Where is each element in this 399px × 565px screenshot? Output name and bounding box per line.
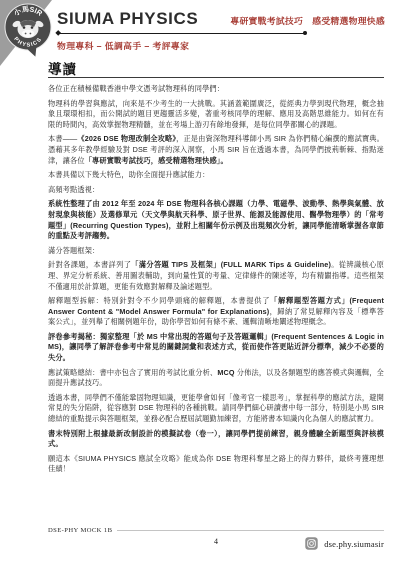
paragraph: 應試策略總結：書中亦包含了實用的考試比重分析、MCQ 分佈法，以及各類題型的應答… — [48, 368, 384, 389]
instagram-icon — [305, 537, 318, 550]
paragraph: 願這本《SIUMA PHYSICS 應試全攻略》能成為你 DSE 物理科奪星之路… — [48, 454, 384, 475]
instagram-badge: dse.phy.siumasir — [305, 537, 384, 550]
footer-doc-code: DSE-PHY MOCK 1B — [48, 527, 112, 534]
paragraph: 系統性整理了由 2012 年至 2024 年 DSE 物理科各核心課題（力學、電… — [48, 199, 384, 241]
header-divider-arrow — [57, 33, 306, 34]
page-header: SIUMA PHYSICS 專研實戰考試技巧 感受精選物理快感 物理專科 – 低… — [57, 10, 385, 52]
paragraph: 透過本書，同學們不僅能鞏固物理知識，更能學會如何「像考官一樣思考」，掌握科學的應… — [48, 393, 384, 425]
paragraph: 高頻考點透視： — [48, 185, 384, 196]
paragraph: 解釋題型拆解：特別針對令不少同學頭痛的解釋題，本書提供了「解釋題型答題方式」(F… — [48, 296, 384, 328]
header-tagline: 專研實戰考試技巧 感受精選物理快感 — [230, 14, 385, 27]
brand-subtitle: 物理專科 – 低調高手 – 考評專家 — [57, 39, 385, 52]
brand-logo-badge: 小馬SIR PHYSICS — [4, 3, 52, 51]
paragraph: 滿分答題框架： — [48, 246, 384, 257]
body-paragraphs: 各位正在積極備戰香港中學文憑考試物理科的同學們：物理科的學習與應試，向來是不少考… — [48, 84, 384, 479]
brand-logo: 小馬SIR PHYSICS — [4, 3, 52, 51]
document-page: { "header": { "brand": "SIUMA PHYSICS", … — [0, 0, 399, 565]
brand-title: SIUMA PHYSICS — [57, 10, 198, 29]
section-title-rule — [48, 77, 384, 78]
paragraph: 評卷參考揭秘：獨家整理「於 MS 中常出現的答題句子及答題邏輯」(Frequen… — [48, 332, 384, 364]
instagram-handle: dse.phy.siumasir — [324, 539, 384, 549]
paragraph: 本書——《2026 DSE 物理改制全攻略》，正是由資深物理科導師小馬 SIR … — [48, 134, 384, 166]
paragraph: 本書具備以下幾大特色，助你全面提升應試能力： — [48, 170, 384, 181]
section-title: 導讀 — [48, 58, 77, 78]
paragraph: 物理科的學習與應試，向來是不少考生的一大挑戰。其涵蓋範圍廣泛，從經典力學到現代物… — [48, 99, 384, 131]
paragraph: 各位正在積極備戰香港中學文憑考試物理科的同學們： — [48, 84, 384, 95]
footer-rule — [117, 530, 384, 531]
paragraph: 針對各課題，本書詳列了「滿分答題 TIPS 及框架」(FULL MARK Tip… — [48, 260, 384, 292]
paragraph: 書末特別附上根據最新改制設計的模擬試卷（卷一），讓同學們提前練習，親身體驗全新題… — [48, 429, 384, 450]
